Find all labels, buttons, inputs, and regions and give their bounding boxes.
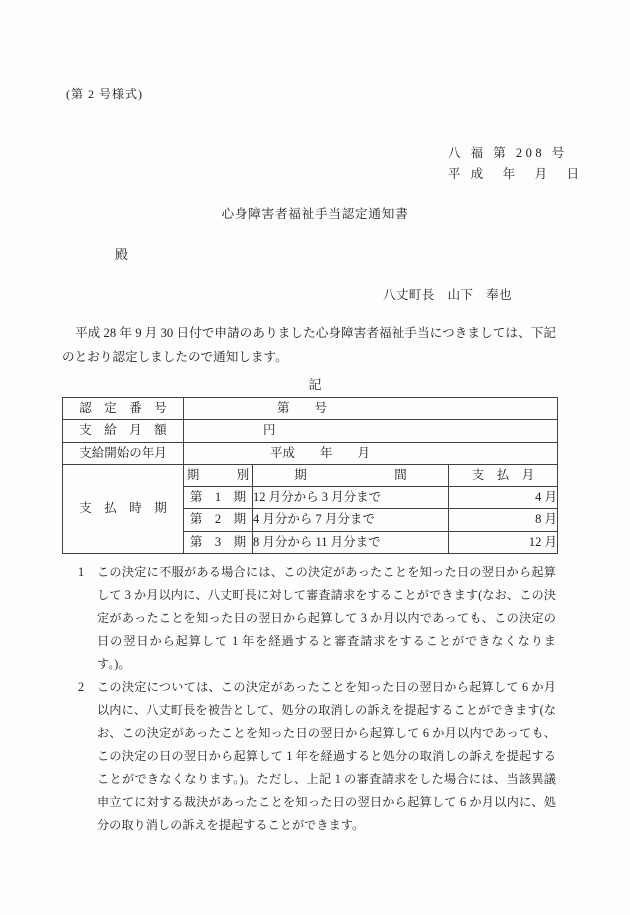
issue-date-line: 平 成 年 月 日 (448, 164, 583, 185)
document-title: 心身障害者福祉手当認定通知書 (0, 203, 630, 222)
note-item-2: 2 この決定については、この決定があったことを知った日の翌日から起算して 6 か… (78, 676, 556, 837)
period-3-month: 12 月 (449, 531, 558, 553)
note-1-text: この決定に不服がある場合には、この決定があったことを知った日の翌日から起算して … (97, 565, 556, 671)
table-row-start-date: 支給開始の年月 平成 年 月 (63, 442, 558, 464)
start-date-label: 支給開始の年月 (63, 442, 184, 464)
table-row-certification-number: 認 定 番 号 第 号 (63, 398, 558, 420)
period-3-name: 第 3 期 (184, 531, 253, 553)
note-item-1: 1 この決定に不服がある場合には、この決定があったことを知った日の翌日から起算し… (78, 561, 556, 676)
notification-table: 認 定 番 号 第 号 支 給 月 額 円 支給開始の年月 平成 年 月 支 払… (62, 397, 558, 554)
form-style-label: (第 2 号様式) (66, 85, 143, 102)
addressee-honorific: 殿 (115, 244, 128, 263)
start-date-value: 平成 年 月 (184, 442, 558, 464)
period-2-month: 8 月 (449, 509, 558, 531)
body-paragraph: 平成 28 年 9 月 30 日付で申請のありました心身障害者福祉手当につきまし… (62, 322, 556, 369)
column-header-range: 期 間 (253, 464, 449, 486)
period-1-range: 12 月分から 3 月分まで (253, 487, 449, 509)
monthly-amount-label: 支 給 月 額 (63, 420, 184, 442)
period-3-range: 8 月分から 11 月分まで (253, 531, 449, 553)
period-1-name: 第 1 期 (184, 487, 253, 509)
column-header-period: 期 別 (184, 464, 253, 486)
payment-period-label: 支 払 時 期 (63, 464, 184, 553)
monthly-amount-value: 円 (184, 420, 558, 442)
record-label: 記 (0, 374, 630, 393)
certification-number-value: 第 号 (184, 398, 558, 420)
notes-section: 1 この決定に不服がある場合には、この決定があったことを知った日の翌日から起算し… (78, 561, 556, 837)
document-number: 八 福 第 208 号 (448, 143, 583, 164)
note-2-number: 2 (78, 676, 84, 699)
note-1-number: 1 (78, 561, 84, 584)
issuer-name: 八丈町長 山下 奉也 (383, 284, 512, 303)
period-2-range: 4 月分から 7 月分まで (253, 509, 449, 531)
note-2-text: この決定については、この決定があったことを知った日の翌日から起算して 6 か月以… (97, 680, 556, 832)
column-header-month: 支 払 月 (449, 464, 558, 486)
period-2-name: 第 2 期 (184, 509, 253, 531)
reference-block: 八 福 第 208 号 平 成 年 月 日 (448, 143, 583, 185)
document-page: (第 2 号様式) 八 福 第 208 号 平 成 年 月 日 心身障害者福祉手… (0, 0, 630, 915)
period-1-month: 4 月 (449, 487, 558, 509)
table-row-payment-header: 支 払 時 期 期 別 期 間 支 払 月 (63, 464, 558, 486)
table-row-monthly-amount: 支 給 月 額 円 (63, 420, 558, 442)
certification-number-label: 認 定 番 号 (63, 398, 184, 420)
